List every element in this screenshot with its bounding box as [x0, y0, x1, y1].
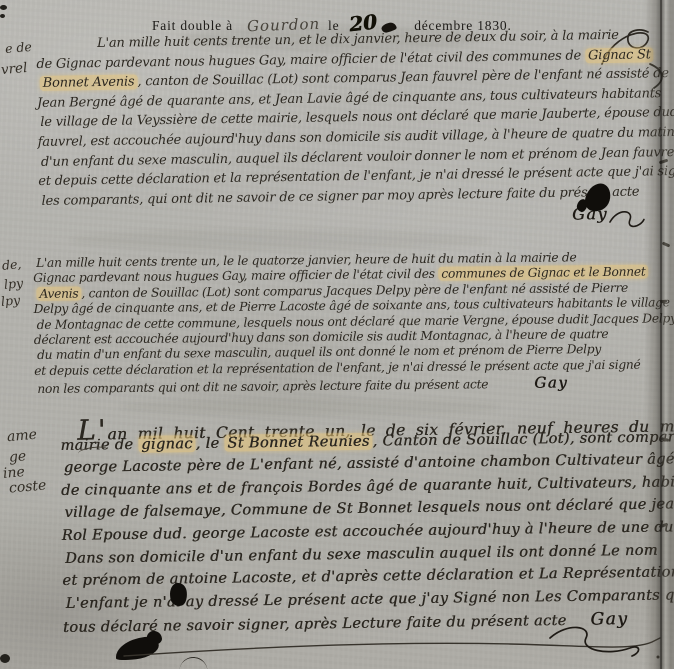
page-right-edge	[644, 0, 674, 669]
margin-note: ge	[8, 448, 27, 465]
ink-speck	[0, 654, 10, 663]
signature-gay: Gay	[534, 374, 568, 392]
margin-note: coste	[8, 477, 47, 496]
margin-note: ame	[6, 427, 37, 446]
scanned-register-page: Fait double à Gourdon le 20 décembre 183…	[0, 0, 674, 669]
margin-note: lpy	[0, 292, 20, 309]
signature-paraph	[542, 622, 652, 666]
line-text: , le	[195, 434, 224, 451]
printed-fait-double-label: Fait double à	[152, 18, 233, 34]
margin-note: e de	[4, 39, 32, 56]
acte-1: L'an mille huit cents trente un, et le d…	[36, 27, 664, 235]
line-text: non les comparants qui ont dit ne savoir…	[37, 377, 488, 396]
margin-note: de,	[1, 256, 22, 273]
ink-speck	[0, 14, 5, 18]
margin-note: lpy	[3, 275, 23, 292]
ink-speck	[0, 5, 7, 10]
highlighted-text: gignac	[138, 435, 196, 453]
highlighted-text: Avenis	[36, 286, 81, 300]
acte-2: L'an mille huit cents trente un, le le q…	[33, 249, 664, 394]
margin-note: vrel	[0, 60, 28, 78]
line-text: tous déclaré ne savoir signer, après Lec…	[63, 612, 567, 636]
signature-paraph	[606, 206, 646, 233]
highlighted-text: communes de Gignac et le Bonnet	[438, 265, 648, 281]
highlighted-text: Bonnet Avenis	[40, 75, 138, 92]
highlighted-text: St Bonnet Reunies	[224, 432, 372, 451]
acte-3: L'an mil huit Cent trente un, le de six …	[60, 405, 674, 639]
line-text: , Canton de Souillac (Lot), sont comparu…	[372, 428, 674, 449]
